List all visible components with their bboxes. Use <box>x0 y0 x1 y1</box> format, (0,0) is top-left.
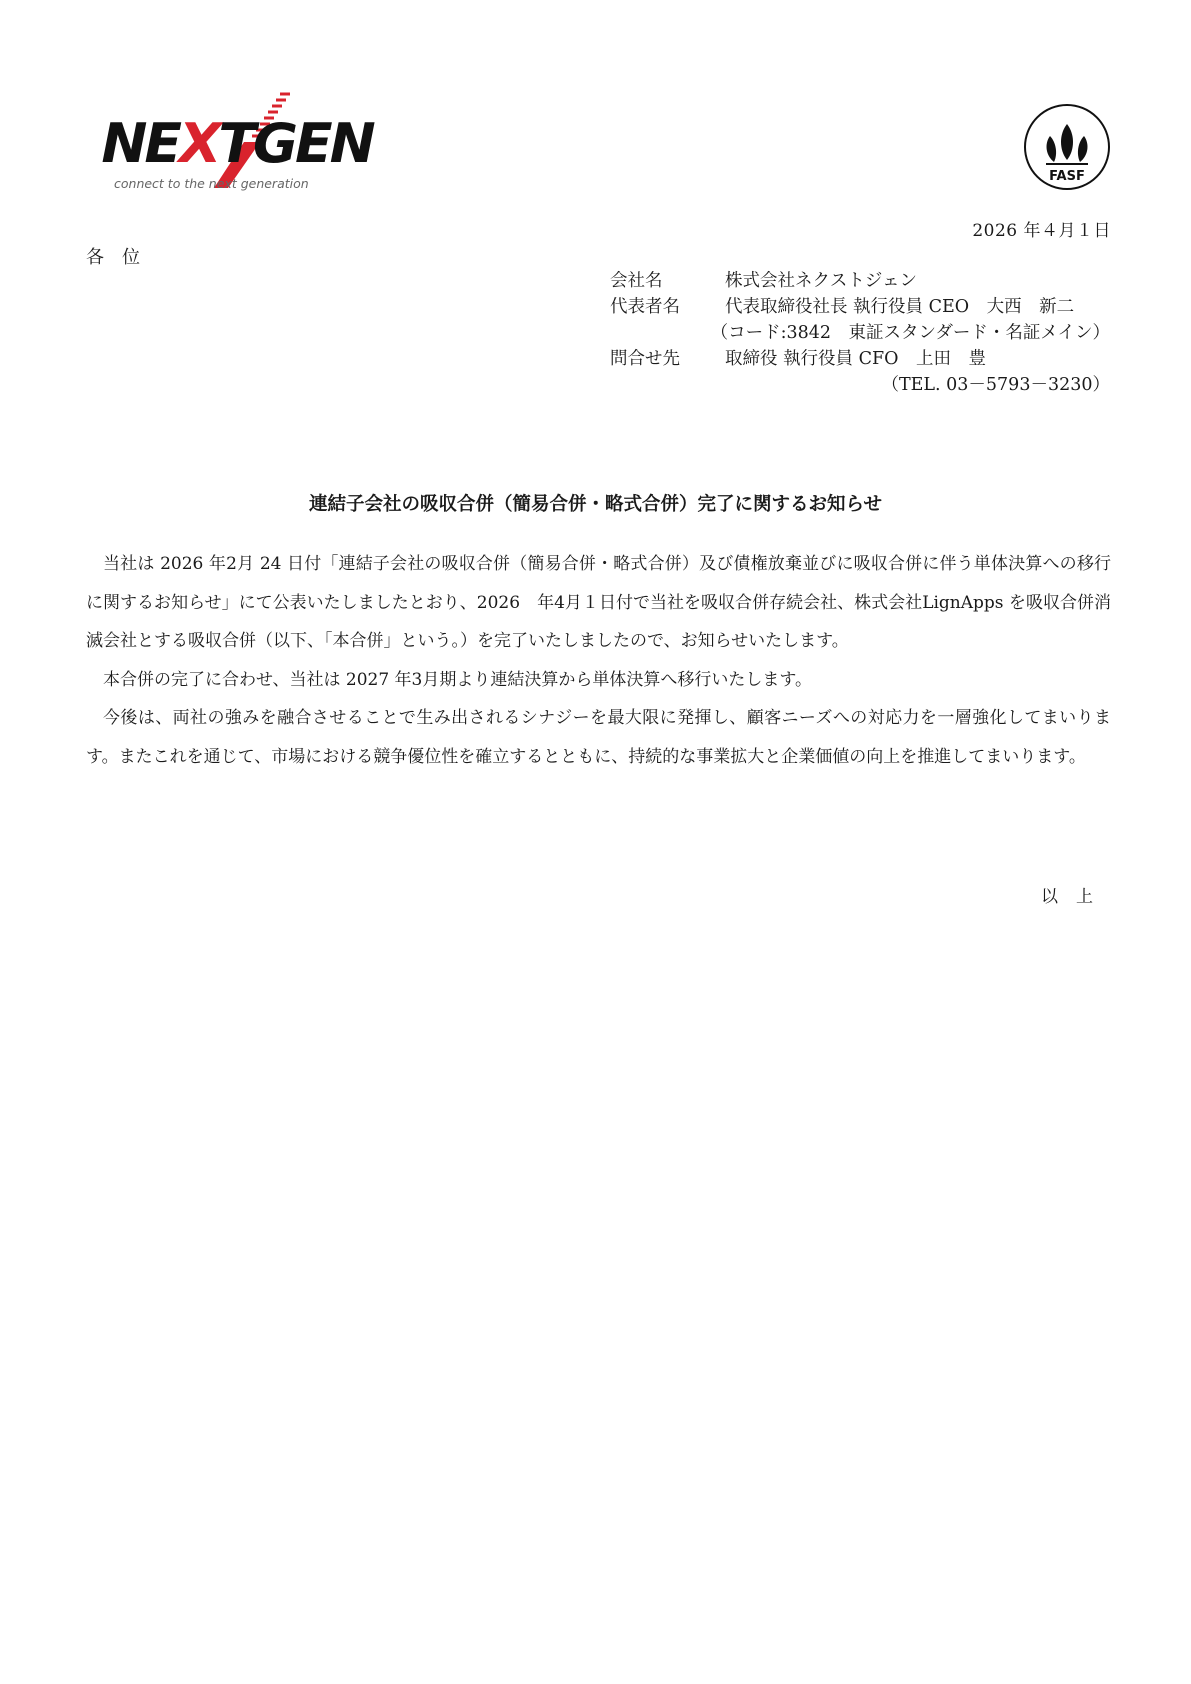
fasf-seal-icon: FASF <box>1022 102 1112 192</box>
addressee: 各位 <box>86 243 158 269</box>
company-info: 会社名 株式会社ネクストジェン 代表者名 代表取締役社長 執行役員 CEO 大西… <box>610 268 1110 398</box>
info-label: 代表者名 <box>610 294 725 320</box>
issue-date: 2026 年４月１日 <box>972 216 1111 241</box>
body-paragraph: 今後は、両社の強みを融合させることで生み出されるシナジーを最大限に発揮し、顧客ニ… <box>86 699 1111 776</box>
seal-label: FASF <box>1049 169 1085 184</box>
body-paragraph: 本合併の完了に合わせ、当社は 2027 年3月期より連結決算から単体決算へ移行い… <box>86 661 1111 700</box>
logo-wordmark: NEXTGEN <box>101 114 372 174</box>
info-row-representative: 代表者名 代表取締役社長 執行役員 CEO 大西 新二 <box>610 294 1110 320</box>
info-label: 会社名 <box>610 268 725 294</box>
logo-tagline: connect to the next generation <box>114 176 309 191</box>
info-row-code: （コード:3842 東証スタンダード・名証メイン） <box>610 320 1110 346</box>
info-value: （TEL. 03－5793－3230） <box>610 372 1110 398</box>
document-body: 当社は 2026 年2月 24 日付「連結子会社の吸収合併（簡易合併・略式合併）… <box>86 545 1111 776</box>
info-row-company: 会社名 株式会社ネクストジェン <box>610 268 1110 294</box>
document-title: 連結子会社の吸収合併（簡易合併・略式合併）完了に関するお知らせ <box>0 490 1191 516</box>
info-row-contact: 問合せ先 取締役 執行役員 CFO 上田 豊 <box>610 346 1110 372</box>
fasf-seal: FASF <box>1022 102 1112 192</box>
info-value: 取締役 執行役員 CFO 上田 豊 <box>725 346 986 372</box>
closing-mark: 以上 <box>1041 882 1111 907</box>
info-value: （コード:3842 東証スタンダード・名証メイン） <box>610 320 1110 346</box>
info-label: 問合せ先 <box>610 346 725 372</box>
body-paragraph: 当社は 2026 年2月 24 日付「連結子会社の吸収合併（簡易合併・略式合併）… <box>86 545 1111 661</box>
info-row-tel: （TEL. 03－5793－3230） <box>610 372 1110 398</box>
nextgen-logo: NEXTGEN connect to the next generation <box>104 92 374 192</box>
info-value: 代表取締役社長 執行役員 CEO 大西 新二 <box>725 294 1074 320</box>
info-value: 株式会社ネクストジェン <box>725 268 917 294</box>
